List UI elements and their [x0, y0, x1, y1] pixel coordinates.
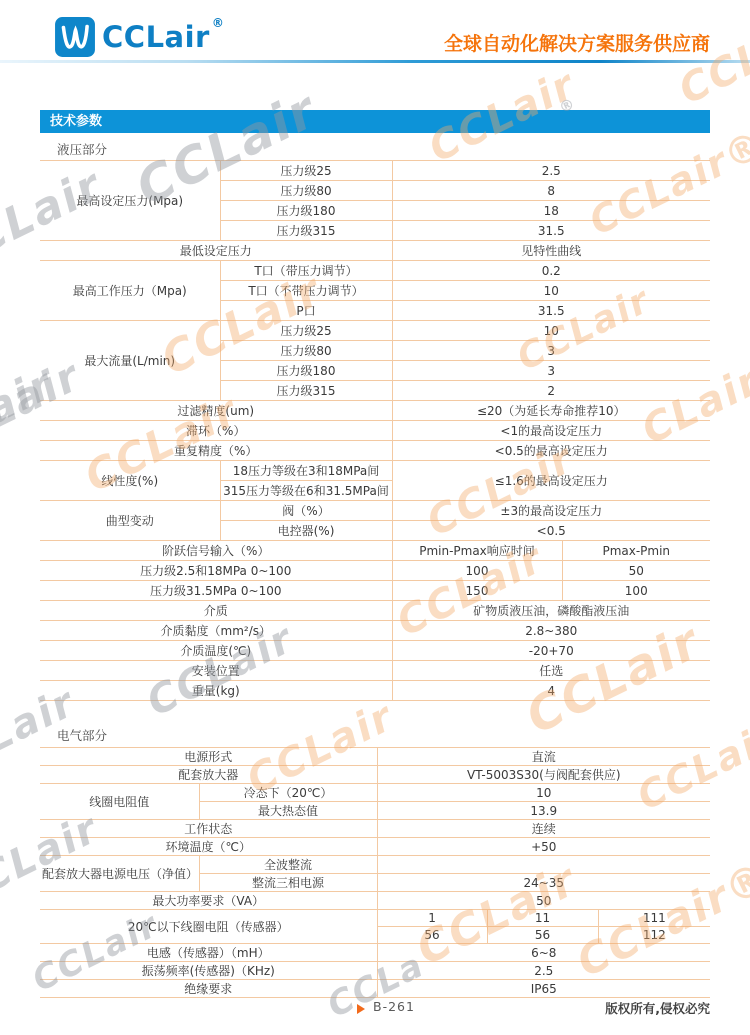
table-row: 重量(kg)4 — [40, 681, 710, 701]
table-cell: 过滤精度(um) — [40, 401, 392, 421]
table-cell: 1 — [377, 910, 487, 927]
table-cell: 矿物质液压油，磷酸酯液压油 — [392, 601, 710, 621]
table-row: 滞环（%）<1的最高设定压力 — [40, 421, 710, 441]
table-cell: ≤20（为延长寿命推荐10） — [392, 401, 710, 421]
table-cell: 最高工作压力（Mpa) — [40, 261, 220, 321]
table-row: 最高工作压力（Mpa)T口（带压力调节）0.2 — [40, 261, 710, 281]
table-row: 振荡频率(传感器)（KHz)2.5 — [40, 962, 710, 980]
table-cell: 环境温度（℃） — [40, 838, 377, 856]
table-cell: T口（带压力调节） — [220, 261, 392, 281]
table-cell: 13.9 — [377, 802, 710, 820]
brand-logo: CCLair ® — [54, 16, 224, 58]
table-cell: 压力级315 — [220, 381, 392, 401]
table-row: 配套放大器电源电压（净值）全波整流 — [40, 856, 710, 874]
logo-icon — [54, 16, 96, 58]
table-cell: 连续 — [377, 820, 710, 838]
table-cell: Pmin-Pmax响应时间 — [392, 541, 562, 561]
hydraulic-section-label: 液压部分 — [57, 140, 107, 158]
table-cell: 直流 — [377, 748, 710, 766]
table-row: 最大功率要求（VA）50 — [40, 892, 710, 910]
electrical-table-wrap: 电源形式直流配套放大器VT-5003S30(与阀配套供应)线圈电阻值冷态下（20… — [40, 747, 710, 998]
table-row: 重复精度（%）<0.5的最高设定压力 — [40, 441, 710, 461]
table-cell: 最大流量(L/min) — [40, 321, 220, 401]
table-cell: Pmax-Pmin — [562, 541, 710, 561]
table-cell: 11 — [487, 910, 598, 927]
table-cell: 8 — [392, 181, 710, 201]
table-row: 配套放大器VT-5003S30(与阀配套供应) — [40, 766, 710, 784]
table-cell: 阶跃信号输入（%） — [40, 541, 392, 561]
table-cell: 2 — [392, 381, 710, 401]
table-cell: 10 — [392, 321, 710, 341]
table-row: 绝缘要求IP65 — [40, 980, 710, 998]
table-cell: ≤1.6的最高设定压力 — [392, 461, 710, 501]
header-slogan: 全球自动化解决方案服务供应商 — [444, 29, 710, 56]
table-cell: 最大功率要求（VA） — [40, 892, 377, 910]
table-cell: IP65 — [377, 980, 710, 998]
table-cell: 2.5 — [392, 161, 710, 181]
table-cell: 线圈电阻值 — [40, 784, 199, 820]
table-cell: 滞环（%） — [40, 421, 392, 441]
table-cell: <0.5的最高设定压力 — [392, 441, 710, 461]
table-row: 介质黏度（mm²/s）2.8~380 — [40, 621, 710, 641]
table-cell: 18压力等级在3和18MPa间 — [220, 461, 392, 481]
table-row: 工作状态连续 — [40, 820, 710, 838]
table-cell: T口（不带压力调节） — [220, 281, 392, 301]
table-row: 电感（传感器）（mH）6~8 — [40, 944, 710, 962]
table-row: 最大流量(L/min)压力级2510 — [40, 321, 710, 341]
table-row: 最低设定压力见特性曲线 — [40, 241, 710, 261]
table-row: 曲型变动阀（%）±3的最高设定压力 — [40, 501, 710, 521]
table-row: 介质温度(℃)-20+70 — [40, 641, 710, 661]
catalog-page: CCLair ® 全球自动化解决方案服务供应商 技术参数 液压部分 最高设定压力… — [0, 0, 750, 1035]
table-row: 环境温度（℃）+50 — [40, 838, 710, 856]
logo-text: CCLair — [102, 16, 210, 58]
table-cell: 介质黏度（mm²/s） — [40, 621, 392, 641]
table-row: 介质矿物质液压油，磷酸酯液压油 — [40, 601, 710, 621]
table-cell: 线性度(%) — [40, 461, 220, 501]
logo-registered-mark: ® — [212, 16, 224, 30]
table-cell: -20+70 — [392, 641, 710, 661]
table-cell: 31.5 — [392, 301, 710, 321]
table-cell: 压力级2.5和18MPa 0~100 — [40, 561, 392, 581]
table-cell: 绝缘要求 — [40, 980, 377, 998]
table-cell: 10 — [392, 281, 710, 301]
table-row: 过滤精度(um)≤20（为延长寿命推荐10） — [40, 401, 710, 421]
table-cell: <0.5 — [392, 521, 710, 541]
table-cell: 2.8~380 — [392, 621, 710, 641]
table-row: 阶跃信号输入（%）Pmin-Pmax响应时间Pmax-Pmin — [40, 541, 710, 561]
table-cell: 全波整流 — [199, 856, 377, 874]
table-cell: 曲型变动 — [40, 501, 220, 541]
table-cell: 电源形式 — [40, 748, 377, 766]
table-cell: 315压力等级在6和31.5MPa间 — [220, 481, 392, 501]
table-cell: 10 — [377, 784, 710, 802]
table-cell: 压力级80 — [220, 341, 392, 361]
table-cell: 6~8 — [377, 944, 710, 962]
electrical-parameters-table: 电源形式直流配套放大器VT-5003S30(与阀配套供应)线圈电阻值冷态下（20… — [40, 748, 710, 997]
table-cell: 4 — [392, 681, 710, 701]
section-title: 技术参数 — [50, 114, 102, 129]
table-cell: 2.5 — [377, 962, 710, 980]
table-cell: 冷态下（20℃） — [199, 784, 377, 802]
table-cell: 50 — [377, 892, 710, 910]
table-cell: <1的最高设定压力 — [392, 421, 710, 441]
table-row: 最高设定压力(Mpa)压力级252.5 — [40, 161, 710, 181]
table-cell: 压力级180 — [220, 201, 392, 221]
table-cell: +50 — [377, 838, 710, 856]
table-cell: 3 — [392, 361, 710, 381]
table-cell: 56 — [377, 927, 487, 944]
table-row: 电源形式直流 — [40, 748, 710, 766]
table-cell: 56 — [487, 927, 598, 944]
table-cell: 重量(kg) — [40, 681, 392, 701]
table-row: 安装位置任选 — [40, 661, 710, 681]
table-cell: ±3的最高设定压力 — [392, 501, 710, 521]
table-cell: 20℃以下线圈电阻（传感器） — [40, 910, 377, 944]
header-divider — [0, 60, 750, 63]
table-cell: 压力级180 — [220, 361, 392, 381]
table-cell: 50 — [562, 561, 710, 581]
table-cell: 振荡频率(传感器)（KHz) — [40, 962, 377, 980]
table-cell: 100 — [562, 581, 710, 601]
table-cell: 工作状态 — [40, 820, 377, 838]
table-cell: 0.2 — [392, 261, 710, 281]
hydraulic-table-wrap: 最高设定压力(Mpa)压力级252.5压力级808压力级18018压力级3153… — [40, 160, 710, 701]
page-marker-icon — [357, 1004, 365, 1014]
table-row: 线圈电阻值冷态下（20℃）10 — [40, 784, 710, 802]
table-cell: VT-5003S30(与阀配套供应) — [377, 766, 710, 784]
table-cell: 112 — [598, 927, 710, 944]
table-cell: 见特性曲线 — [392, 241, 710, 261]
table-cell: 最高设定压力(Mpa) — [40, 161, 220, 241]
table-row: 线性度(%)18压力等级在3和18MPa间≤1.6的最高设定压力 — [40, 461, 710, 481]
table-cell: 3 — [392, 341, 710, 361]
table-cell: 任选 — [392, 661, 710, 681]
section-title-bar: 技术参数 — [40, 110, 710, 133]
table-cell: 压力级25 — [220, 321, 392, 341]
table-cell: 电控器(%) — [220, 521, 392, 541]
table-cell: 压力级25 — [220, 161, 392, 181]
table-cell: 重复精度（%） — [40, 441, 392, 461]
table-cell: 安装位置 — [40, 661, 392, 681]
table-cell: 压力级80 — [220, 181, 392, 201]
table-cell: 压力级31.5MPa 0~100 — [40, 581, 392, 601]
table-cell: 24~35 — [377, 874, 710, 892]
table-cell: 阀（%） — [220, 501, 392, 521]
table-cell — [377, 856, 710, 874]
table-cell: 31.5 — [392, 221, 710, 241]
table-cell: 最低设定压力 — [40, 241, 392, 261]
table-cell: 111 — [598, 910, 710, 927]
table-row: 20℃以下线圈电阻（传感器）111111 — [40, 910, 710, 927]
table-cell: 配套放大器 — [40, 766, 377, 784]
copyright-notice: 版权所有,侵权必究 — [605, 999, 710, 1017]
hydraulic-parameters-table: 最高设定压力(Mpa)压力级252.5压力级808压力级18018压力级3153… — [40, 161, 710, 700]
table-cell: 150 — [392, 581, 562, 601]
table-cell: 100 — [392, 561, 562, 581]
table-cell: P口 — [220, 301, 392, 321]
table-row: 压力级2.5和18MPa 0~10010050 — [40, 561, 710, 581]
table-cell: 整流三相电源 — [199, 874, 377, 892]
table-cell: 介质温度(℃) — [40, 641, 392, 661]
table-cell: 配套放大器电源电压（净值） — [40, 856, 199, 892]
table-row: 压力级31.5MPa 0~100150100 — [40, 581, 710, 601]
table-cell: 18 — [392, 201, 710, 221]
page-number: B-261 — [373, 999, 415, 1014]
table-cell: 最大热态值 — [199, 802, 377, 820]
table-cell: 介质 — [40, 601, 392, 621]
table-cell: 电感（传感器）（mH） — [40, 944, 377, 962]
electrical-section-label: 电气部分 — [57, 726, 107, 744]
table-cell: 压力级315 — [220, 221, 392, 241]
